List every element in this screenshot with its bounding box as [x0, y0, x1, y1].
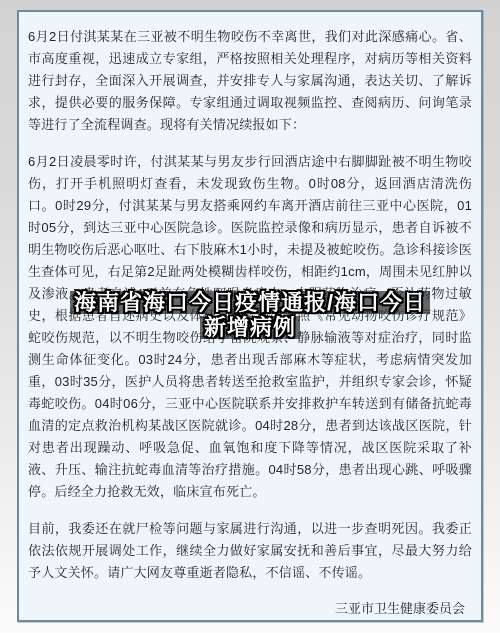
signature-block: 三亚市卫生健康委员会 2025年6月5日	[28, 599, 472, 620]
document-panel: 6月2日付淇某某在三亚被不明生物咬伤不幸离世，我们对此深感痛心。省、市高度重视，…	[17, 10, 483, 622]
body-paragraph-timeline: 6月2日凌晨零时许，付淇某某与男友步行回酒店途中右脚脚趾被不明生物咬伤，打开手机…	[28, 151, 472, 503]
document-body: 6月2日付淇某某在三亚被不明生物咬伤不幸离世，我们对此深感痛心。省、市高度重视，…	[19, 12, 481, 620]
issuing-agency: 三亚市卫生健康委员会	[28, 599, 465, 619]
body-paragraph-closing: 目前，我委还在就尸检等问题与家属进行沟通，以进一步查明死因。我委正依法依规开展调…	[28, 518, 472, 584]
body-paragraph-intro: 6月2日付淇某某在三亚被不明生物咬伤不幸离世，我们对此深感痛心。省、市高度重视，…	[28, 26, 472, 136]
report-date: 2025年6月5日	[28, 619, 465, 620]
